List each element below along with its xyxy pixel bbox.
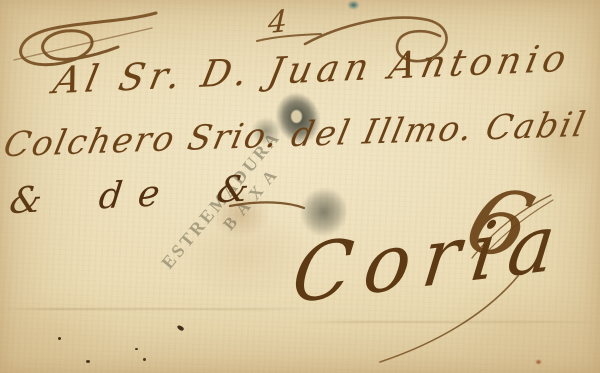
paper-speck bbox=[176, 324, 184, 331]
destination-coria: Coria bbox=[288, 202, 571, 315]
address-line-1: Al Sr. D. Juan Antonio bbox=[50, 39, 574, 99]
paper-speck bbox=[143, 358, 146, 361]
paper-speck bbox=[58, 337, 61, 340]
red-wax-speck bbox=[535, 359, 542, 365]
paper-speck bbox=[86, 360, 90, 363]
paper-speck bbox=[135, 348, 138, 350]
fold-crease-right bbox=[294, 321, 600, 323]
address-line-2: Colchero Srio. del Illmo. Cabil bbox=[1, 108, 590, 163]
manuscript-rate-4: 4 bbox=[268, 7, 288, 39]
blue-ink-speck bbox=[347, 0, 360, 10]
letter-cover-scan: ESTREMADURA BAXA 4 Al Sr. D. Juan Antoni… bbox=[0, 0, 600, 373]
fold-crease-left bbox=[0, 308, 312, 310]
